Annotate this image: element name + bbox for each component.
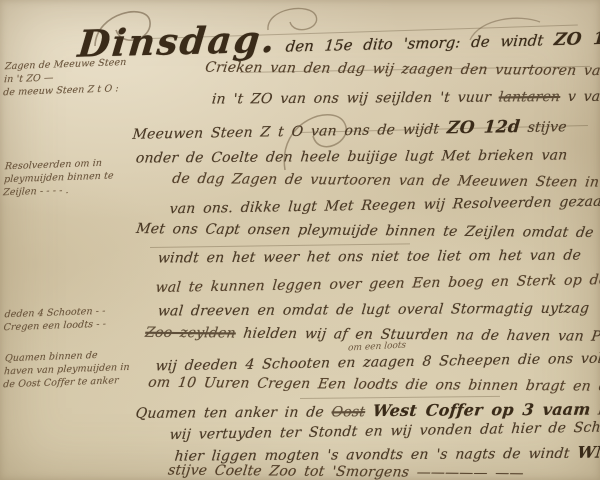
text-segment: in 't ZO van ons wij seijlden 't vuur: [211, 89, 499, 107]
manuscript-line: windt en het weer het ons niet toe liet …: [157, 248, 582, 267]
manuscript-line: stijve Coelte Zoo tot 'Smorgens ————— ——: [167, 462, 525, 480]
text-segment: v van de: [559, 89, 600, 106]
manuscript-line: om 10 Uuren Cregen Een loodts die ons bi…: [147, 375, 600, 396]
text-segment: windt en het weer het ons niet toe liet …: [157, 248, 582, 267]
manuscript-line: onder de Coelte den heele buijige lugt M…: [135, 147, 568, 166]
text-segment: onder de Coelte den heele buijige lugt M…: [135, 147, 568, 166]
manuscript-page: Dinsdag.den 15e dito 'smorg: de windt ZO…: [0, 0, 600, 480]
text-segment: Crieken van den dag wij zaagen den vuurt…: [204, 60, 600, 81]
struck-text: Zoo zeylden: [144, 325, 237, 342]
manuscript-line: hier liggen mogten 's avondts en 's nagt…: [174, 442, 600, 464]
text-segment: wij vertuyden ter Stondt en wij vonden d…: [169, 419, 600, 443]
text-segment: om 10 Uuren Cregen Een loodts die ons bi…: [147, 375, 600, 396]
manuscript-line: wij deeden 4 Schooten en zaagen 8 Scheep…: [155, 350, 600, 375]
main-text-block: Crieken van den dag wij zaagen den vuurt…: [130, 0, 596, 480]
text-segment: wij deeden 4 Schooten en zaagen 8 Scheep…: [155, 350, 600, 375]
manuscript-line: Met ons Capt onsen pleymuijde binnen te …: [135, 221, 594, 241]
margin-note: Resolveerden om inpleymuijden binnen teZ…: [3, 156, 134, 200]
struck-text: lantaren: [498, 89, 561, 105]
manuscript-line: van ons. dikke lugt Met Reegen wij Resol…: [169, 193, 600, 218]
text-segment: Quamen ten anker in de: [135, 404, 332, 421]
manuscript-line: wal dreeven en omdat de lugt overal Stor…: [157, 300, 590, 319]
text-segment: wal te kunnen leggen over geen Een boeg …: [155, 272, 600, 296]
text-segment: West Coffer op 3 vaam: [372, 400, 591, 421]
text-segment: van ons. dikke lugt Met Reegen wij Resol…: [169, 193, 600, 218]
manuscript-line: de dag Zagen de vuurtooren van de Meeuwe…: [171, 171, 600, 191]
manuscript-line: wij vertuyden ter Stondt en wij vonden d…: [169, 419, 600, 443]
text-segment: de dag Zagen de vuurtooren van de Meeuwe…: [171, 171, 600, 191]
margin-note: Zagen de Meeuwe Steenin 't ZO —de meeuw …: [3, 56, 134, 100]
text-segment: Mody:: [590, 402, 600, 418]
text-segment: Meeuwen Steen Z t O van ons de wijdt: [132, 121, 448, 142]
margin-note: Quamen binnen dehaven van pleymuijden in…: [3, 348, 134, 392]
text-segment: hielden wij af en Stuurden na de haven v…: [235, 326, 600, 346]
margin-note: deden 4 Schooten - -Cregen een loodts - …: [3, 304, 133, 335]
manuscript-line: in 't ZO van ons wij seijlden 't vuur la…: [211, 89, 600, 108]
text-segment: Met ons Capt onsen pleymuijde binnen te …: [135, 221, 594, 241]
text-segment: stijve Coelte Zoo tot 'Smorgens ————— ——: [167, 462, 525, 480]
text-segment: WNW: [576, 442, 600, 461]
manuscript-line: Meeuwen Steen Z t O van ons de wijdt ZO …: [132, 116, 568, 144]
manuscript-line: wal te kunnen leggen over geen Een boeg …: [155, 272, 600, 296]
manuscript-line: Crieken van den dag wij zaagen den vuurt…: [204, 60, 600, 81]
manuscript-line: Quamen ten anker in de Oost West Coffer …: [135, 399, 600, 422]
text-segment: stijve: [519, 119, 567, 136]
text-segment: wal dreeven en omdat de lugt overal Stor…: [157, 300, 590, 319]
text-segment: hier liggen mogten 's avondts en 's nagt…: [174, 446, 578, 465]
struck-text: Oost: [331, 404, 366, 420]
text-segment: ZO 12d: [446, 117, 521, 138]
